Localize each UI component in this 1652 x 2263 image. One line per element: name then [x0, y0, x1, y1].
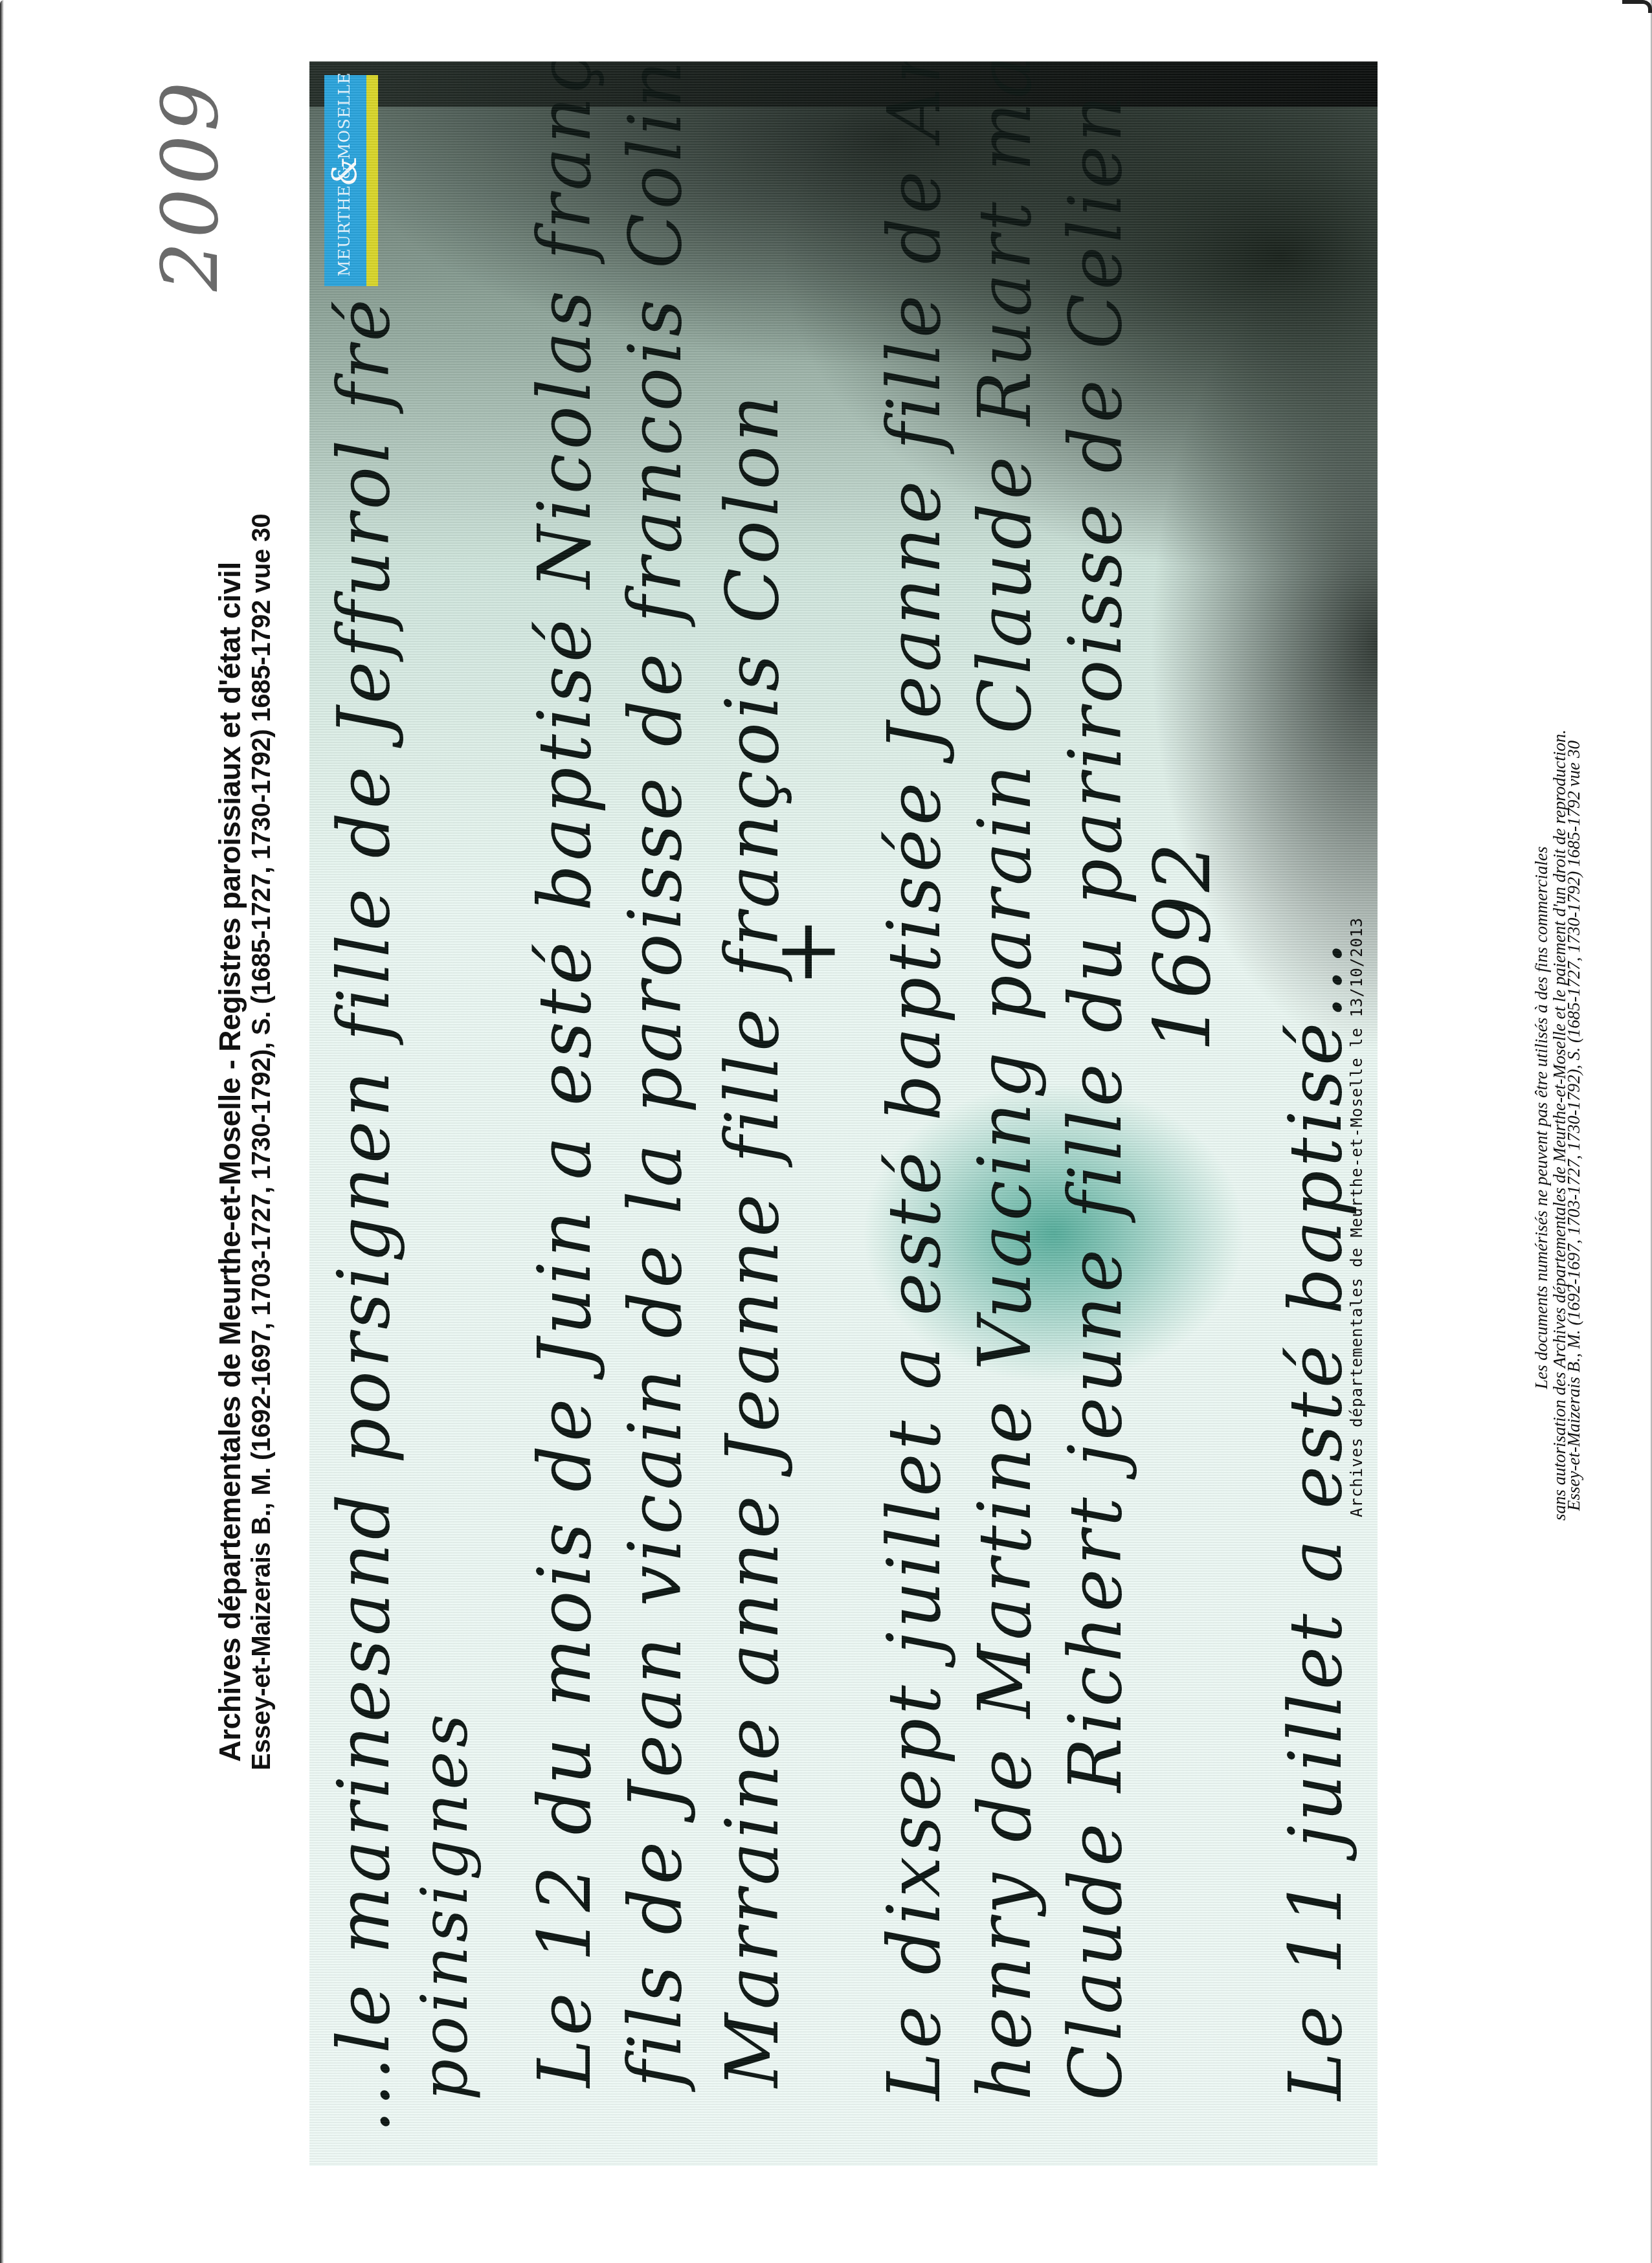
footer-reference: Essey-et-Maizerais B., M. (1692-1697, 17…: [1564, 741, 1584, 1511]
manuscript-line: fils de Jean vicain de la paroisse de fr…: [614, 61, 698, 2088]
manuscript-line: Le 11 juillet a esté baptisé...: [1274, 938, 1358, 2101]
manuscript-line: Marraine anne Jeanne fille françois Colo…: [711, 392, 795, 2088]
page-edge-left: [0, 0, 4, 2263]
archive-logo-stripe: [366, 75, 378, 286]
manuscript-line: +: [756, 913, 854, 987]
footer-notice-line1: Les documents numérisés ne peuvent pas ê…: [1532, 846, 1552, 1389]
document-subtitle: Essey-et-Maizerais B., M. (1692-1697, 17…: [247, 513, 276, 1770]
archive-watermark: Archives départementales de Meurthe-et-M…: [1348, 917, 1366, 1517]
manuscript-line: 1692: [1138, 839, 1228, 1052]
manuscript-line: Claude Richert jeune fille du pariroisse…: [1054, 91, 1138, 2101]
manuscript-line: ...le marinesand porsignen fille de Jeff…: [322, 295, 405, 2133]
manuscript-scan: & MEURTHE & MOSELLE ...le marinesand por…: [309, 61, 1378, 2166]
manuscript-line: Le 12 du mois de Juin a esté baptisé Nic…: [523, 61, 607, 2088]
pencil-note: 2009: [146, 78, 236, 291]
manuscript-line: Le dixsept juillet a esté baptisée Jeann…: [873, 61, 957, 2101]
scan-dark-edge: [309, 61, 1378, 107]
manuscript-line: poinsignes: [407, 1710, 482, 2101]
manuscript-line: henry de Martine Vuacing parain Claude R…: [963, 61, 1047, 2101]
page-corner: [1622, 0, 1652, 13]
document-title: Archives départementales de Meurthe-et-M…: [212, 562, 247, 1762]
archive-logo-text: MEURTHE & MOSELLE: [335, 72, 353, 276]
